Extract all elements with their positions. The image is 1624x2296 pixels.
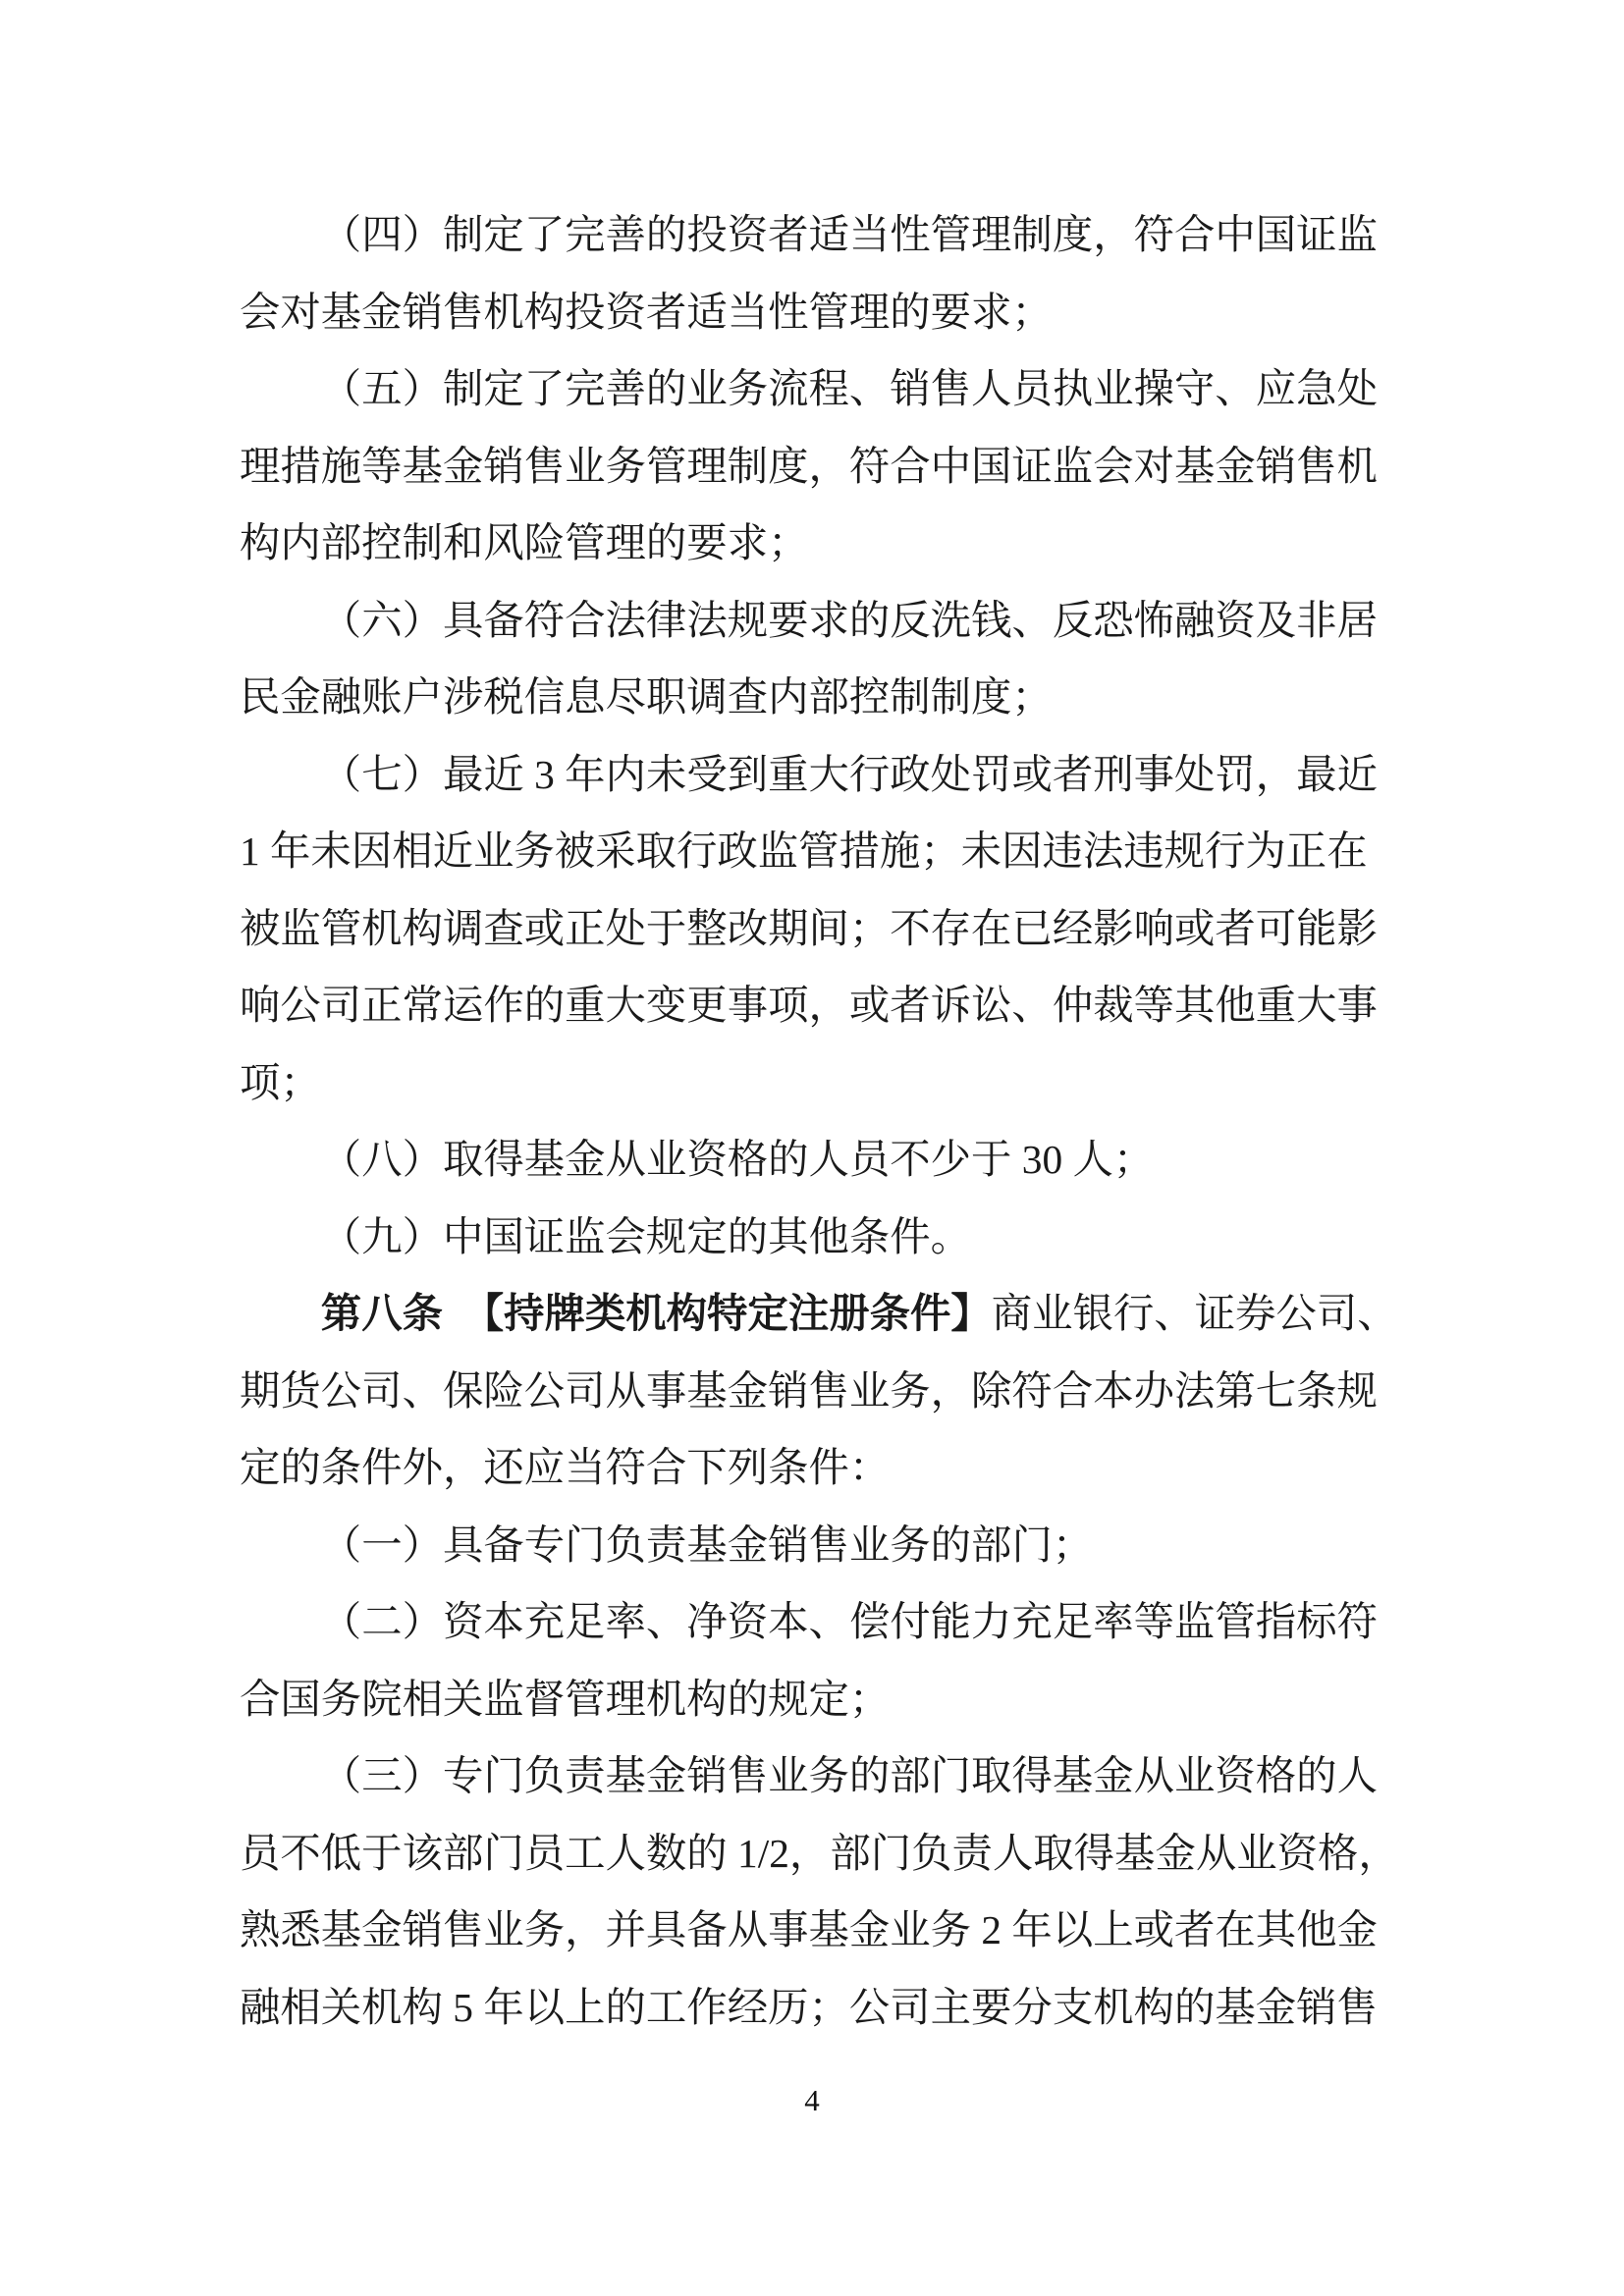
text-segment: （二）资本充足率、净资本、偿付能力充足率等监管指标符 (321, 1599, 1378, 1644)
text-segment: 合国务院相关监督管理机构的规定； (240, 1677, 890, 1722)
text-line: （一）具备专门负责基金销售业务的部门； (240, 1507, 1382, 1584)
text-segment (443, 1291, 463, 1336)
text-segment: 融相关机构 5 年以上的工作经历；公司主要分支机构的基金销售 (240, 1985, 1378, 2030)
text-line: （三）专门负责基金销售业务的部门取得基金从业资格的人 (240, 1737, 1382, 1815)
text-segment: 1 年未因相近业务被采取行政监管措施；未因违法违规行为正在 (240, 828, 1368, 874)
text-segment: 响公司正常运作的重大变更事项，或者诉讼、仲裁等其他重大事 (240, 983, 1378, 1028)
text-line: 1 年未因相近业务被采取行政监管措施；未因违法违规行为正在 (240, 813, 1382, 890)
text-segment: 项； (240, 1060, 321, 1105)
text-line: 熟悉基金销售业务，并具备从事基金业务 2 年以上或者在其他金 (240, 1892, 1382, 1969)
text-line: 会对基金销售机构投资者适当性管理的要求； (240, 274, 1382, 351)
text-segment: 员不低于该部门员工人数的 1/2，部门负责人取得基金从业资格， (240, 1831, 1399, 1876)
document-page: （四）制定了完善的投资者适当性管理制度，符合中国证监会对基金销售机构投资者适当性… (0, 0, 1624, 2296)
text-segment: 被监管机构调查或正处于整改期间；不存在已经影响或者可能影 (240, 906, 1378, 951)
text-segment: （一）具备专门负责基金销售业务的部门； (321, 1522, 1093, 1568)
text-line: 构内部控制和风险管理的要求； (240, 505, 1382, 582)
text-line: 员不低于该部门员工人数的 1/2，部门负责人取得基金从业资格， (240, 1815, 1382, 1893)
text-line: （二）资本充足率、净资本、偿付能力充足率等监管指标符 (240, 1583, 1382, 1661)
text-line: 民金融账户涉税信息尽职调查内部控制制度； (240, 659, 1382, 736)
text-segment: （七）最近 3 年内未受到重大行政处罚或者刑事处罚，最近 (321, 752, 1378, 797)
text-segment: （五）制定了完善的业务流程、销售人员执业操守、应急处 (321, 366, 1378, 411)
text-segment: （四）制定了完善的投资者适当性管理制度，符合中国证监 (321, 212, 1378, 257)
text-line: 响公司正常运作的重大变更事项，或者诉讼、仲裁等其他重大事 (240, 967, 1382, 1044)
text-segment: 会对基金销售机构投资者适当性管理的要求； (240, 290, 1053, 335)
text-line: 被监管机构调查或正处于整改期间；不存在已经影响或者可能影 (240, 890, 1382, 968)
text-segment: 熟悉基金销售业务，并具备从事基金业务 2 年以上或者在其他金 (240, 1907, 1378, 1952)
text-segment-bold: 第八条 (321, 1291, 443, 1336)
text-line: 项； (240, 1044, 1382, 1122)
text-segment-bold: 【持牌类机构特定注册条件】 (463, 1291, 992, 1336)
text-segment: 定的条件外，还应当符合下列条件： (240, 1445, 890, 1490)
text-line: 期货公司、保险公司从事基金销售业务，除符合本办法第七条规 (240, 1353, 1382, 1430)
text-segment: （八）取得基金从业资格的人员不少于 30 人； (321, 1137, 1155, 1182)
text-segment: 构内部控制和风险管理的要求； (240, 520, 808, 565)
page-body: （四）制定了完善的投资者适当性管理制度，符合中国证监会对基金销售机构投资者适当性… (240, 196, 1382, 2046)
text-line: （五）制定了完善的业务流程、销售人员执业操守、应急处 (240, 350, 1382, 428)
text-segment: 期货公司、保险公司从事基金销售业务，除符合本办法第七条规 (240, 1368, 1378, 1414)
text-segment: 民金融账户涉税信息尽职调查内部控制制度； (240, 674, 1053, 720)
text-line: （八）取得基金从业资格的人员不少于 30 人； (240, 1121, 1382, 1199)
text-line: 第八条 【持牌类机构特定注册条件】商业银行、证券公司、 (240, 1275, 1382, 1353)
page-number: 4 (0, 2085, 1624, 2115)
text-segment: （三）专门负责基金销售业务的部门取得基金从业资格的人 (321, 1753, 1378, 1798)
text-line: （七）最近 3 年内未受到重大行政处罚或者刑事处罚，最近 (240, 736, 1382, 814)
text-segment: 理措施等基金销售业务管理制度，符合中国证监会对基金销售机 (240, 444, 1378, 489)
text-segment: （九）中国证监会规定的其他条件。 (321, 1214, 971, 1259)
text-line: （九）中国证监会规定的其他条件。 (240, 1199, 1382, 1276)
text-line: 理措施等基金销售业务管理制度，符合中国证监会对基金销售机 (240, 428, 1382, 506)
text-segment: （六）具备符合法律法规要求的反洗钱、反恐怖融资及非居 (321, 598, 1378, 643)
text-segment: 商业银行、证券公司、 (992, 1291, 1398, 1336)
text-line: 定的条件外，还应当符合下列条件： (240, 1429, 1382, 1507)
text-line: （六）具备符合法律法规要求的反洗钱、反恐怖融资及非居 (240, 582, 1382, 660)
text-line: 合国务院相关监督管理机构的规定； (240, 1661, 1382, 1738)
text-line: （四）制定了完善的投资者适当性管理制度，符合中国证监 (240, 196, 1382, 274)
text-line: 融相关机构 5 年以上的工作经历；公司主要分支机构的基金销售 (240, 1969, 1382, 2047)
